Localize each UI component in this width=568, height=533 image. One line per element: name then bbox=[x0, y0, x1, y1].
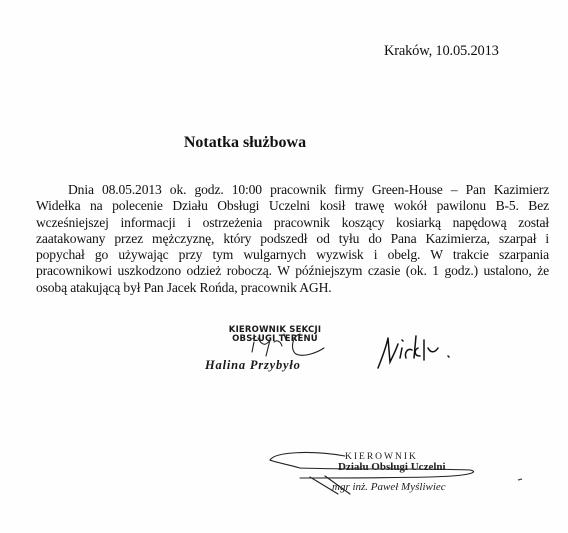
body-line: popychał go używając przy tym wulgarnych… bbox=[36, 247, 549, 263]
body-line: osobą atakującą był Pan Jacek Rońda, pra… bbox=[36, 280, 549, 296]
document-page: Kraków, 10.05.2013 Notatka służbowa Dnia… bbox=[0, 0, 568, 533]
body-line: zaatakowany przez mężczyznę, który podsz… bbox=[36, 231, 549, 247]
stray-mark bbox=[518, 479, 522, 480]
signature-widelka bbox=[378, 336, 449, 368]
body-line: wcześniejszej informacji i ostrzeżenia p… bbox=[36, 215, 549, 231]
document-body: Dnia 08.05.2013 ok. godz. 10:00 pracowni… bbox=[36, 182, 549, 296]
stamp-name: Halina Przybyło bbox=[205, 358, 301, 373]
stamp-dept-head-name: mgr inż. Paweł Myśliwiec bbox=[332, 481, 446, 493]
date-line: Kraków, 10.05.2013 bbox=[384, 43, 499, 60]
stamp-section-head: KIEROWNIK SEKCJI OBSŁUGI TERENU bbox=[200, 326, 350, 344]
stamp-dept-name: Działu Obsługi Uczelni bbox=[338, 461, 446, 473]
body-line: Dnia 08.05.2013 ok. godz. 10:00 pracowni… bbox=[36, 182, 549, 198]
document-title: Notatka służbowa bbox=[0, 134, 490, 152]
stamp-title-line-2: OBSŁUGI TERENU bbox=[200, 335, 350, 344]
body-line: pracownikowi uszkodzono odzież roboczą. … bbox=[36, 263, 549, 279]
body-line: Widełka na polecenie Działu Obsługi Ucze… bbox=[36, 198, 549, 214]
